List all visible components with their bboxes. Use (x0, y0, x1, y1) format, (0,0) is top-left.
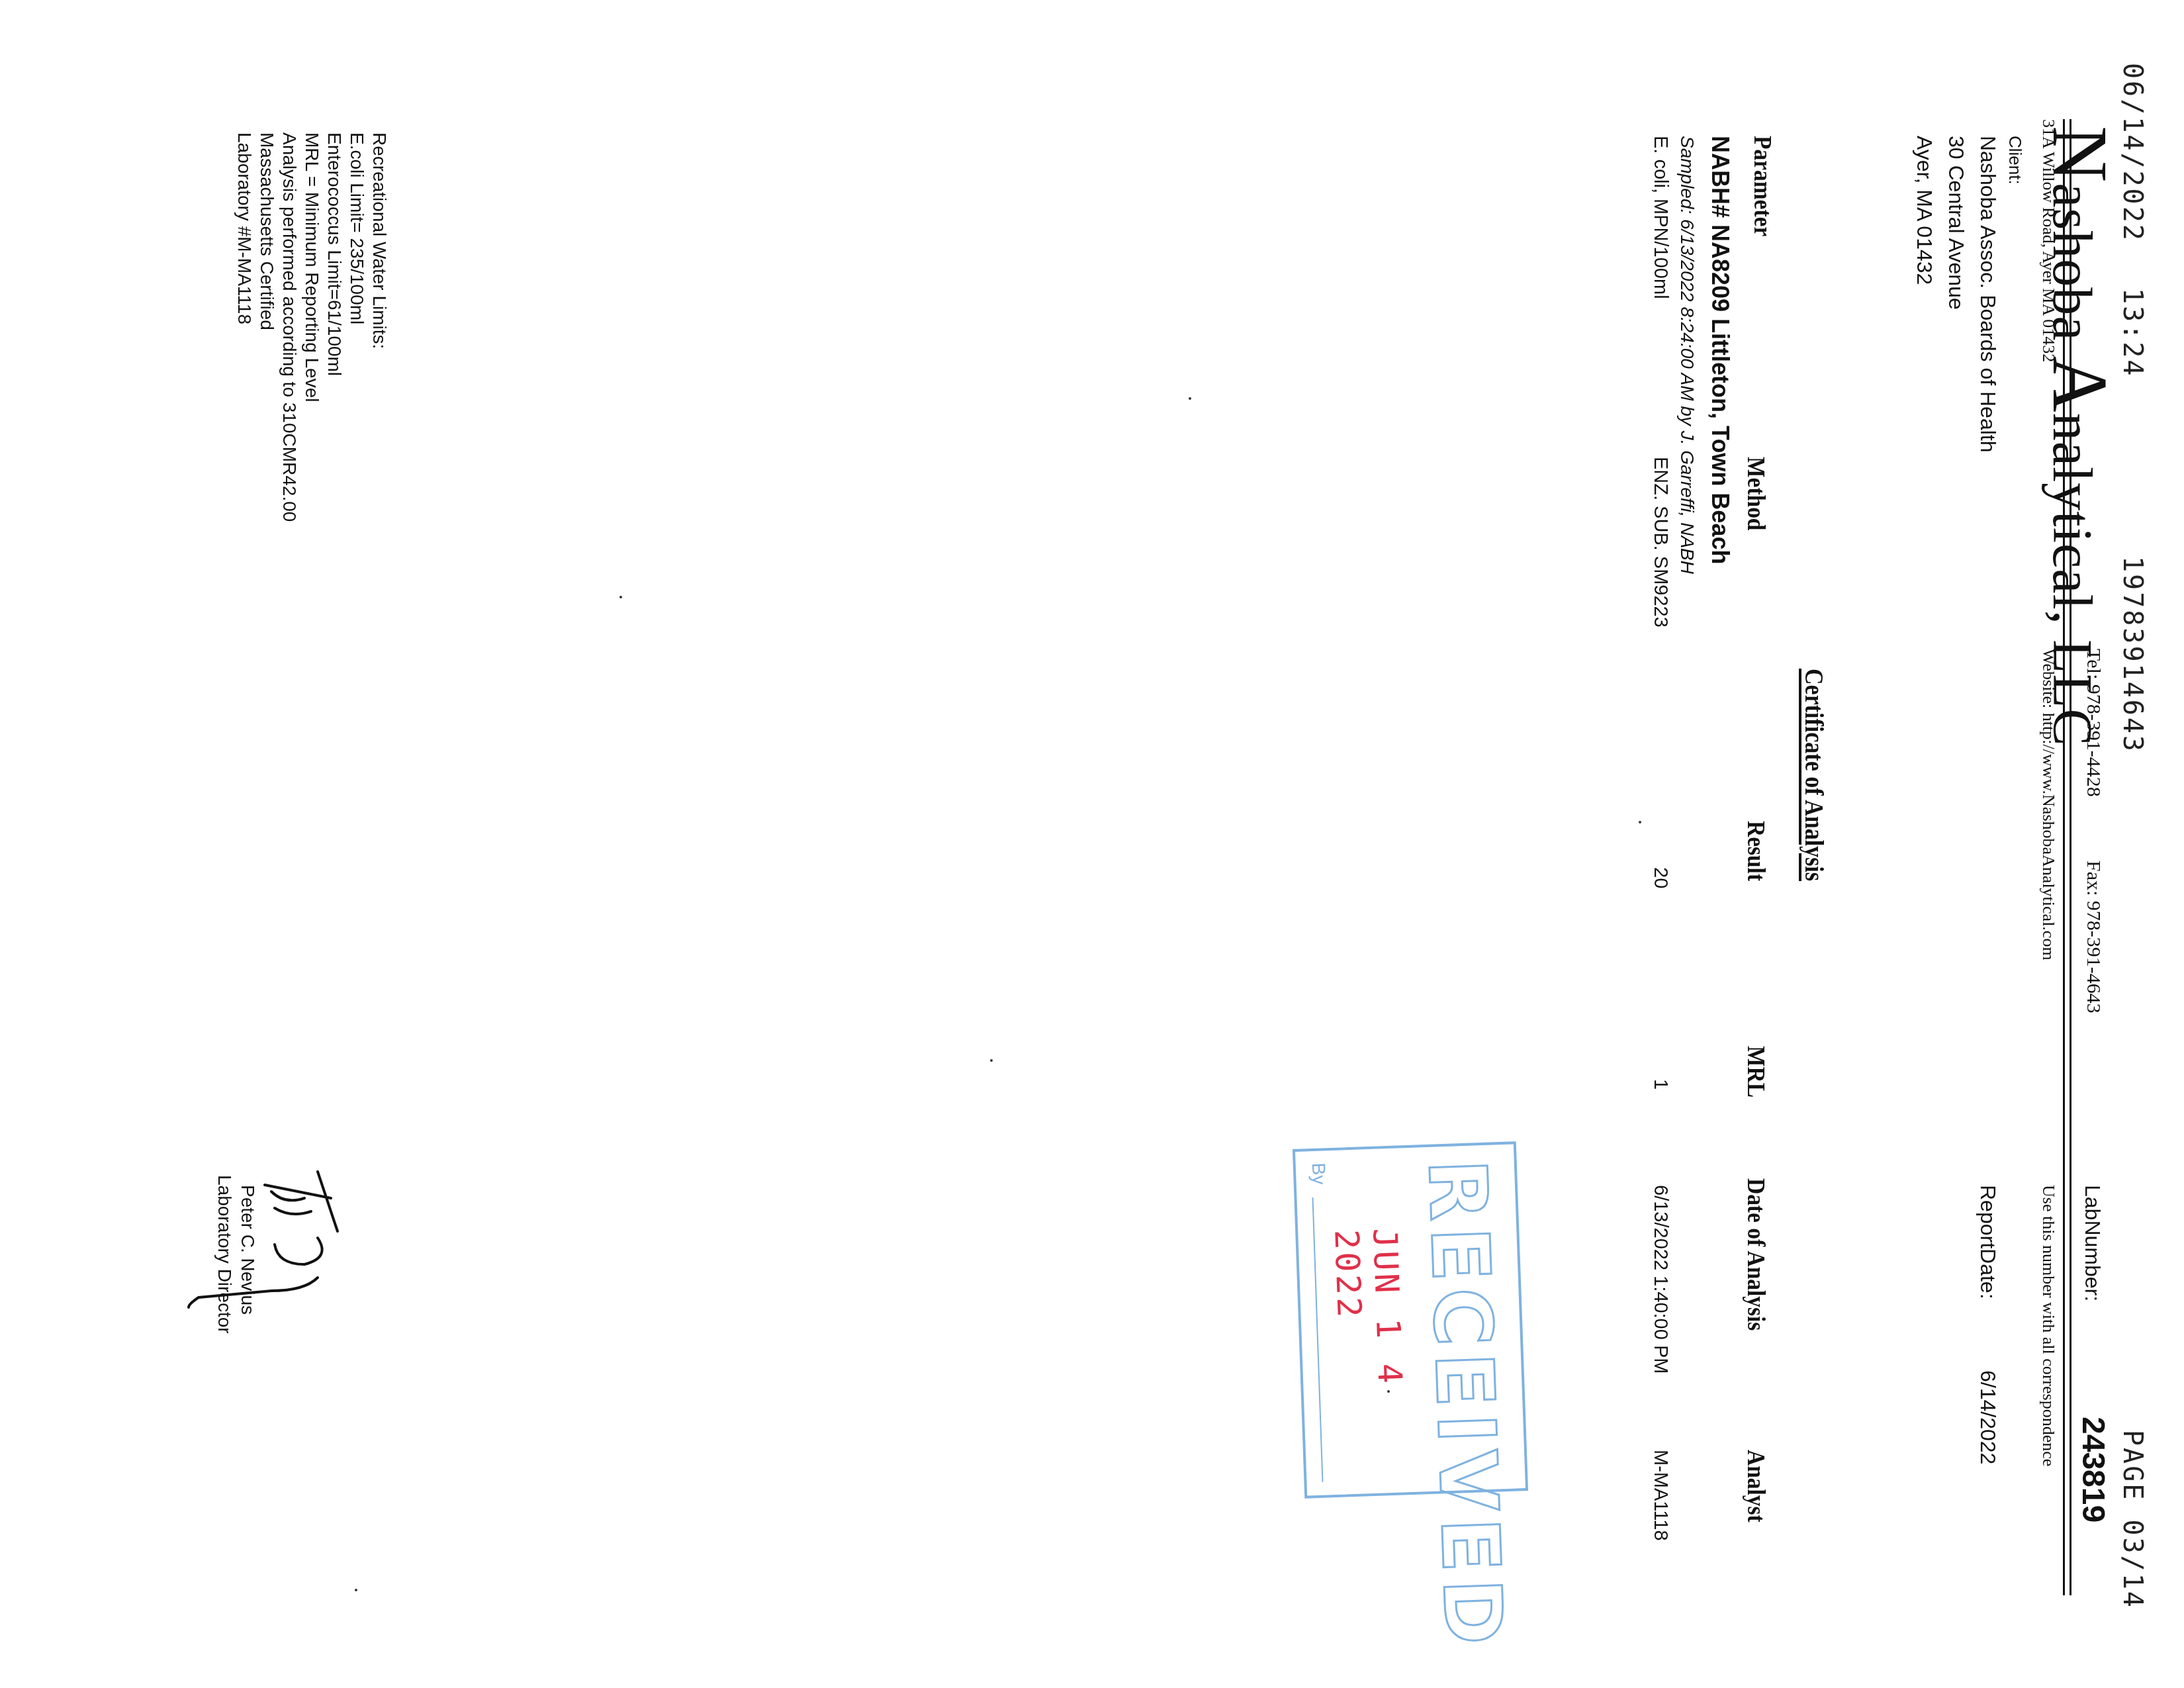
notes-line: MRL = Minimum Reporting Level (300, 132, 323, 522)
lab-number-note: Use this number with all correspondence (2038, 1185, 2058, 1466)
report-date-label: ReportDate: (1976, 1185, 2000, 1299)
header-rule-top (2070, 119, 2071, 1595)
signature-icon (185, 1158, 344, 1436)
sampled-line: Sampled: 6/13/2022 8:24:00 AM by J. Garr… (1676, 136, 1698, 574)
received-stamp: RECEIVED JUN 1 4 2022 By (1293, 1141, 1528, 1498)
row-analyst: M-MA1118 (1649, 1450, 1671, 1541)
client-line-1: Nashoba Assoc. Boards of Health (1976, 136, 2000, 453)
signer-name: Peter C. Nevius (237, 1185, 258, 1315)
notes-line: Recreational Water Limits: (368, 132, 390, 522)
scan-speck (619, 596, 622, 598)
row-parameter: E. coli, MPN/100ml (1649, 136, 1671, 299)
scan-speck (1639, 821, 1641, 823)
stamp-by-line (1312, 1197, 1323, 1482)
stamp-by-label: By (1308, 1162, 1330, 1185)
lab-number-label: LabNumber: (2080, 1185, 2105, 1301)
notes-line: Laboratory #M-MA1118 (233, 132, 255, 522)
company-fax: Fax: 978-391-4643 (2082, 861, 2105, 1013)
stamp-received-text: RECEIVED (1410, 1158, 1520, 1653)
header-parameter: Parameter (1748, 136, 1777, 236)
lab-number-value: 243819 (2075, 1417, 2111, 1523)
fax-page: PAGE 03/14 (2117, 1430, 2148, 1609)
signer-title: Laboratory Director (214, 1175, 235, 1334)
notes-line: Enterococcus Limit=61/100ml (323, 132, 345, 522)
row-method: ENZ. SUB. SM9223 (1649, 457, 1671, 628)
company-website: Website: http://www.NashobaAnalytical.co… (2038, 649, 2058, 961)
header-mrl: MRL (1741, 1046, 1770, 1098)
sample-id: NABH# NA8209 Littleton, Town Beach (1706, 136, 1734, 564)
header-rule-bottom (2063, 119, 2065, 1595)
stamp-date: JUN 1 4 2022 (1327, 1227, 1413, 1495)
client-label: Client: (2005, 136, 2025, 185)
scan-speck (1189, 397, 1191, 400)
header-method: Method (1741, 457, 1770, 530)
report-date-value: 6/14/2022 (1976, 1370, 2000, 1464)
notes-line: Massachusetts Certified (255, 132, 278, 522)
scan-speck (1387, 1390, 1390, 1393)
row-date-of-analysis: 6/13/2022 1:40:00 PM (1649, 1185, 1671, 1374)
row-result: 20 (1649, 867, 1671, 888)
company-tel: Tel: 978-391-4428 (2082, 649, 2105, 797)
header-result: Result (1741, 821, 1770, 881)
scan-speck (990, 1059, 993, 1062)
header-date-of-analysis: Date of Analysis (1741, 1178, 1770, 1331)
header-analyst: Analyst (1741, 1450, 1770, 1523)
certificate-page: 06/14/2022 13:24 19783914643 PAGE 03/14 … (0, 0, 2184, 1688)
scan-speck (355, 1589, 357, 1591)
notes-line: E.coli Limit= 235/100ml (345, 132, 368, 522)
notes-block: Recreational Water Limits: E.coli Limit=… (233, 132, 390, 522)
client-line-3: Ayer, MA 01432 (1912, 136, 1936, 285)
notes-line: Analysis performed according to 310CMR42… (278, 132, 300, 522)
row-mrl: 1 (1649, 1079, 1671, 1090)
company-address: 31A Willow Road, Ayer MA 01432 (2038, 119, 2058, 362)
client-line-2: 30 Central Avenue (1944, 136, 1968, 310)
company-initial-a: A (2036, 355, 2123, 412)
certificate-title: Certificate of Analysis (1799, 669, 1830, 881)
